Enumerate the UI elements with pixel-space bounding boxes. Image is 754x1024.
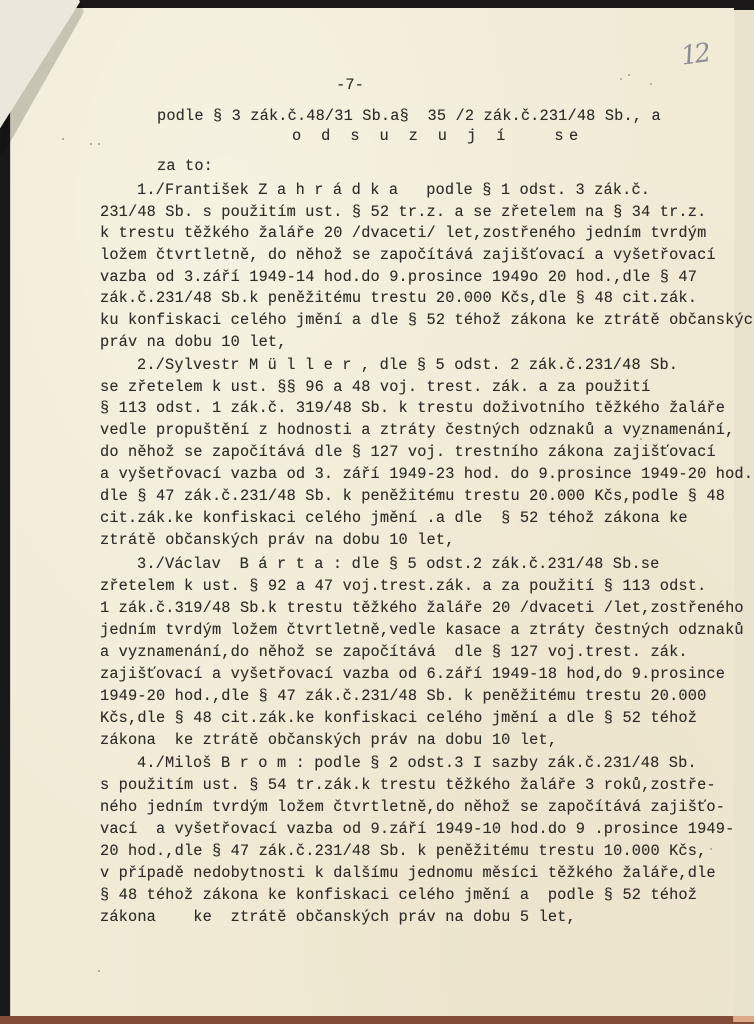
paper-speck: [650, 83, 652, 85]
defendant-2-header: 2./Sylvestr M ü l l e r , dle § 5 odst. …: [137, 358, 678, 373]
document-scan: 12 -7- podle § 3 zák.č.48/31 Sb.a§ 35 /2…: [0, 0, 754, 1024]
text-line: a vyšetřovací vazba od 3. září 1949-23 h…: [100, 467, 754, 482]
text-line: zákona ke ztrátě občanských práv na dobu…: [100, 910, 576, 925]
text-line: 231/48 Sb. s použitím ust. § 52 tr.z. a …: [100, 205, 706, 220]
paper-speck: [98, 143, 100, 145]
text-line: vedle propuštění z hodnosti a ztráty čes…: [100, 423, 734, 438]
text-line: práv na dobu 10 let,: [100, 335, 287, 350]
text-line: se zřetelem k ust. §§ 96 a 48 voj. trest…: [100, 380, 650, 395]
page-bottom-edge: [0, 1016, 754, 1024]
defendant-4-header: 4./Miloš B r o m : podle § 2 odst.3 I sa…: [137, 756, 697, 771]
verdict-heading: o d s u z u j í se: [292, 129, 584, 144]
paper-speck: [98, 970, 100, 972]
underlying-page-edge: [733, 10, 754, 1022]
defendant-3-header: 3./Václav B á r t a : dle § 5 odst.2 zák…: [137, 557, 659, 572]
text-line: dle § 47 zák.č.231/48 Sb. k peněžitému t…: [100, 489, 725, 504]
text-line: zřetelem k ust. § 92 a 47 voj.trest.zák.…: [100, 579, 706, 594]
text-line: vazba od 3.září 1949-14 hod.do 9.prosinc…: [100, 270, 697, 285]
text-line: Kčs,dle § 48 cit.zák.ke konfiskaci celéh…: [100, 711, 697, 726]
text-line: 1949-20 hod.,dle § 47 zák.č.231/48 Sb. k…: [100, 689, 706, 704]
text-line: zajišťovací a vyšetřovací vazba od 6.zář…: [100, 667, 725, 682]
paper-speck: [640, 438, 642, 440]
text-line: zák.č.231/48 Sb.k peněžitému trestu 20.0…: [100, 291, 697, 306]
text-line: zákona ke ztrátě občanských práv na dobu…: [100, 733, 557, 748]
text-line: 20 hod.,dle § 47 zák.č.231/48 Sb. k peně…: [100, 844, 706, 859]
typewritten-page: 12 -7- podle § 3 zák.č.48/31 Sb.a§ 35 /2…: [10, 8, 734, 1016]
text-line: § 48 téhož zákona ke konfiskaci celého j…: [100, 888, 697, 903]
text-line: do něhož se započítává dle § 127 voj. tr…: [100, 445, 716, 460]
text-line: k trestu těžkého žaláře 20 /dvaceti/ let…: [100, 226, 706, 241]
text-line: ného jedním tvrdým ložem čtvrtletně,do n…: [100, 800, 725, 815]
text-line: ztrátě občanských práv na dobu 10 let,: [100, 533, 455, 548]
text-line: jedním tvrdým ložem čtvrtletně,vedle kas…: [100, 623, 744, 638]
text-line: cit.zák.ke konfiskaci celého jmění .a dl…: [100, 511, 688, 526]
defendant-1-header: 1./František Z a h r á d k a podle § 1 o…: [137, 183, 650, 198]
text-line-1: podle § 3 zák.č.48/31 Sb.a§ 35 /2 zák.č.…: [157, 109, 661, 124]
handwritten-folio-number: 12: [679, 38, 710, 71]
text-line: 1 zák.č.319/48 Sb.k trestu těžkého žalář…: [100, 601, 744, 616]
paper-speck: [628, 74, 630, 76]
page-number: -7-: [336, 78, 364, 93]
text-line: s použitím ust. § 54 tr.zák.k trestu těž…: [100, 778, 716, 793]
text-line: § 113 odst. 1 zák.č. 319/48 Sb. k trestu…: [100, 401, 725, 416]
paper-speck: [90, 143, 92, 145]
paper-speck: [710, 848, 712, 850]
text-line: ložem čtvrtletně, do něhož se započítává…: [100, 248, 716, 263]
text-line-za-to: za to:: [157, 159, 213, 174]
text-line: v případě nedobytnosti k dalšímu jednomu…: [100, 866, 716, 881]
text-line: a vyznamenání,do něhož se započítává dle…: [100, 645, 688, 660]
text-line: ku konfiskaci celého jmění a dle § 52 té…: [100, 313, 754, 328]
paper-speck: [620, 78, 622, 80]
paper-speck: [62, 138, 64, 140]
text-line: vací a vyšetřovací vazba od 9.září 1949-…: [100, 822, 734, 837]
